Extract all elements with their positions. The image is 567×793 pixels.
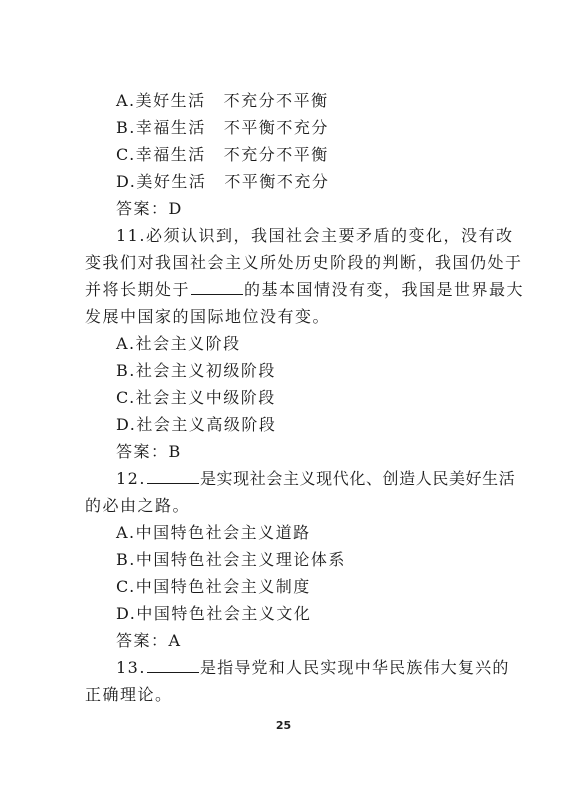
option-text: 幸福生活 bbox=[136, 118, 206, 137]
question-number: 13. bbox=[116, 658, 146, 677]
q12-answer: 答案：A bbox=[116, 631, 182, 651]
option-text: 不平衡不充分 bbox=[224, 172, 329, 191]
option-letter: C. bbox=[116, 145, 136, 164]
q11-option-b: B.社会主义初级阶段 bbox=[116, 361, 276, 381]
q13-stem-line1: 13.是指导党和人民实现中华民族伟大复兴的 bbox=[116, 658, 510, 678]
page-number: 25 bbox=[0, 719, 567, 732]
q10-option-b: B.幸福生活不平衡不充分 bbox=[116, 118, 329, 138]
q10-option-d: D.美好生活不平衡不充分 bbox=[116, 172, 329, 192]
q12-option-d: D.中国特色社会主义文化 bbox=[116, 604, 311, 624]
stem-text: 并将长期处于 bbox=[85, 280, 190, 299]
fill-in-blank bbox=[147, 469, 199, 484]
q11-option-d: D.社会主义高级阶段 bbox=[116, 415, 276, 435]
q13-stem-line2: 正确理论。 bbox=[85, 685, 173, 705]
q12-option-c: C.中国特色社会主义制度 bbox=[116, 577, 311, 597]
stem-text: 是实现社会主义现代化、创造人民美好生活 bbox=[200, 469, 515, 488]
q11-option-a: A.社会主义阶段 bbox=[116, 334, 241, 354]
q12-option-a: A.中国特色社会主义道路 bbox=[116, 523, 311, 543]
q10-answer: 答案：D bbox=[116, 199, 183, 219]
stem-text: 的基本国情没有变，我国是世界最大 bbox=[244, 280, 524, 299]
q11-stem-line1: 11.必须认识到，我国社会主要矛盾的变化，没有改 bbox=[116, 226, 485, 246]
option-text: 不充分不平衡 bbox=[224, 91, 329, 110]
option-text: 美好生活 bbox=[136, 91, 206, 110]
q10-option-a: A.美好生活不充分不平衡 bbox=[116, 91, 329, 111]
option-text: 不平衡不充分 bbox=[224, 118, 329, 137]
fill-in-blank bbox=[191, 280, 243, 295]
q12-stem-line1: 12.是实现社会主义现代化、创造人民美好生活 bbox=[116, 469, 515, 489]
option-text: 美好生活 bbox=[136, 172, 206, 191]
option-text: 不充分不平衡 bbox=[224, 145, 329, 164]
q12-stem-line2: 的必由之路。 bbox=[85, 496, 190, 516]
stem-text: 是指导党和人民实现中华民族伟大复兴的 bbox=[200, 658, 510, 677]
document-page: A.美好生活不充分不平衡 B.幸福生活不平衡不充分 C.幸福生活不充分不平衡 D… bbox=[0, 0, 567, 793]
option-letter: D. bbox=[116, 172, 136, 191]
q11-option-c: C.社会主义中级阶段 bbox=[116, 388, 276, 408]
q11-stem-line3: 并将长期处于的基本国情没有变，我国是世界最大 bbox=[85, 280, 485, 300]
q10-option-c: C.幸福生活不充分不平衡 bbox=[116, 145, 329, 165]
q12-option-b: B.中国特色社会主义理论体系 bbox=[116, 550, 346, 570]
option-letter: B. bbox=[116, 118, 136, 137]
q11-answer: 答案：B bbox=[116, 442, 182, 462]
question-number: 12. bbox=[116, 469, 146, 488]
option-text: 幸福生活 bbox=[136, 145, 206, 164]
option-letter: A. bbox=[116, 91, 136, 110]
fill-in-blank bbox=[147, 658, 199, 673]
q11-stem-line4: 发展中国家的国际地位没有变。 bbox=[85, 307, 330, 327]
q11-stem-line2: 变我们对我国社会主义所处历史阶段的判断，我国仍处于 bbox=[85, 253, 485, 273]
